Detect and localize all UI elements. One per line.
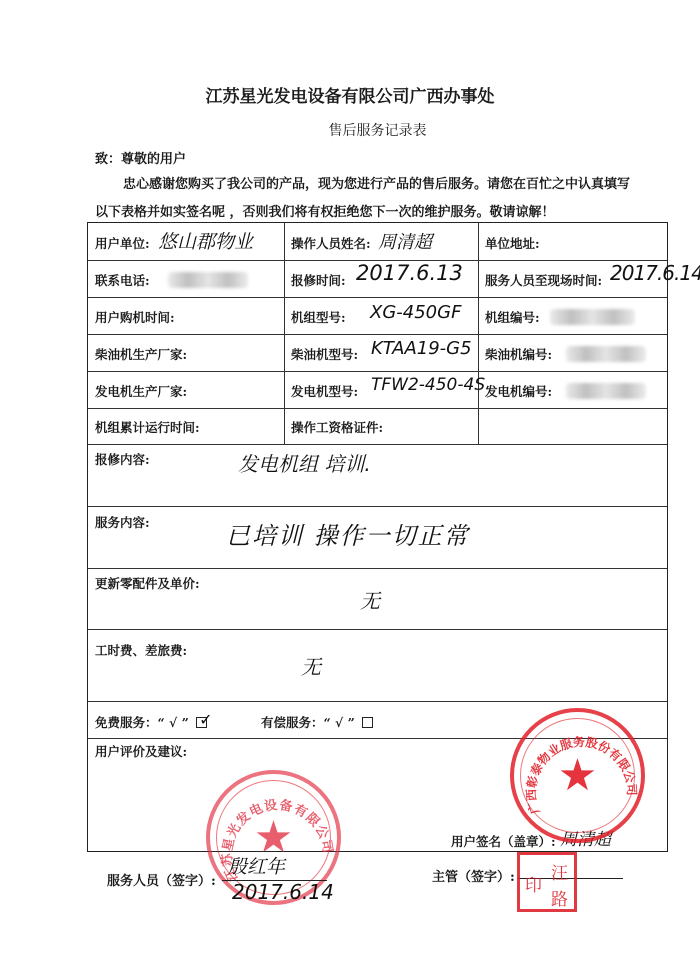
seal-char: 印 bbox=[525, 871, 542, 896]
user-unit-label: 用户单位: bbox=[95, 234, 150, 252]
paid-service-label: 有偿服务：“ √ ” bbox=[261, 715, 355, 730]
greeting: 致：尊敬的用户 bbox=[95, 148, 186, 167]
staff-sign-date: 2017.6.14 bbox=[232, 880, 334, 904]
seal-char: 路 bbox=[551, 885, 568, 910]
service-content-value[interactable]: 已培训 操作一切正常 bbox=[226, 516, 470, 551]
generator-model-label: 发电机型号: bbox=[291, 382, 358, 400]
repair-time-label: 报修时间: bbox=[291, 271, 346, 289]
unit-model-label: 机组型号: bbox=[291, 308, 346, 326]
arrival-time-value[interactable]: 2017.6.14 bbox=[610, 261, 700, 285]
diesel-model-label: 柴油机型号: bbox=[291, 345, 358, 363]
seal-text: 广西彰泰物业服务股份有限公司 bbox=[514, 712, 649, 847]
diesel-model-value[interactable]: KTAA19-G5 bbox=[371, 338, 472, 359]
purchase-time-label: 用户购机时间: bbox=[95, 308, 175, 326]
supervisor-sign-label: 主管（签字）: bbox=[432, 866, 515, 885]
row-divider bbox=[88, 371, 667, 372]
operator-cert-label: 操作工资格证件: bbox=[291, 418, 383, 436]
row-divider bbox=[88, 408, 667, 409]
arrival-time-label: 服务人员至现场时间: bbox=[485, 271, 602, 289]
free-service-label: 免费服务：“ √ ” bbox=[95, 715, 189, 730]
staff-signature[interactable]: 殷红年 bbox=[228, 852, 285, 879]
fees-label: 工时费、差旅费: bbox=[95, 641, 187, 659]
redacted-generator-serial bbox=[566, 383, 646, 399]
unit-serial-label: 机组编号: bbox=[485, 308, 540, 326]
unit-model-value[interactable]: XG-450GF bbox=[370, 302, 461, 323]
supervisor-seal: 汪 路 印 bbox=[517, 852, 577, 912]
seal-char: 汪 bbox=[551, 859, 568, 884]
run-hours-label: 机组累计运行时间: bbox=[95, 418, 200, 436]
paid-service-option[interactable]: 有偿服务：“ √ ” bbox=[261, 713, 373, 731]
staff-sign-label: 服务人员（签字）: bbox=[107, 870, 216, 889]
checkmark-icon: ✓ bbox=[199, 710, 212, 729]
parts-label: 更新零配件及单价: bbox=[95, 574, 200, 592]
operator-name-value[interactable]: 周清超 bbox=[378, 228, 432, 254]
operator-name-label: 操作人员姓名: bbox=[291, 234, 371, 252]
feedback-label: 用户评价及建议: bbox=[95, 742, 187, 760]
row-divider bbox=[88, 629, 667, 630]
svg-text:广西彰泰物业服务股份有限公司: 广西彰泰物业服务股份有限公司 bbox=[523, 734, 638, 816]
service-content-label: 服务内容: bbox=[95, 513, 150, 531]
row-divider bbox=[88, 444, 667, 445]
row-divider bbox=[88, 506, 667, 507]
repair-time-value[interactable]: 2017.6.13 bbox=[356, 261, 463, 285]
generator-model-value[interactable]: TFW2-450-4S bbox=[371, 375, 485, 395]
company-title: 江苏星光发电设备有限公司广西办事处 bbox=[0, 82, 700, 107]
row-divider bbox=[88, 297, 667, 298]
diesel-serial-label: 柴油机编号: bbox=[485, 345, 552, 363]
user-unit-value[interactable]: 悠山郡物业 bbox=[158, 227, 253, 254]
redacted-phone bbox=[168, 272, 248, 288]
redacted-unit-serial bbox=[550, 309, 635, 325]
diesel-maker-label: 柴油机生产厂家: bbox=[95, 345, 187, 363]
paid-service-checkbox[interactable] bbox=[362, 717, 373, 728]
row-divider bbox=[88, 568, 667, 569]
parts-value[interactable]: 无 bbox=[360, 585, 380, 614]
redacted-diesel-serial bbox=[566, 346, 646, 362]
fees-value[interactable]: 无 bbox=[301, 651, 321, 680]
intro-line-2: 以下表格并如实签名呢 ，否则我们将有权拒绝您下一次的维护服务。敬请谅解！ bbox=[95, 201, 555, 220]
repair-content-value[interactable]: 发电机组 培训. bbox=[238, 448, 371, 477]
generator-maker-label: 发电机生产厂家: bbox=[95, 382, 187, 400]
repair-content-label: 报修内容: bbox=[95, 450, 150, 468]
free-service-option[interactable]: 免费服务：“ √ ” ✓ bbox=[95, 713, 207, 731]
generator-serial-label: 发电机编号: bbox=[485, 382, 552, 400]
row-divider bbox=[88, 334, 667, 335]
form-title: 售后服务记录表 bbox=[0, 120, 700, 140]
col-divider bbox=[284, 223, 285, 444]
intro-line-1: 忠心感谢您购买了我公司的产品，现为您进行产品的售后服务。请您在百忙之中认真填写 bbox=[123, 173, 630, 192]
free-service-checkbox[interactable]: ✓ bbox=[196, 717, 207, 728]
contact-phone-label: 联系电话: bbox=[95, 271, 150, 289]
col-divider bbox=[478, 223, 479, 444]
client-seal: ★ 广西彰泰物业服务股份有限公司 bbox=[510, 708, 645, 843]
row-divider bbox=[88, 701, 667, 702]
unit-address-label: 单位地址: bbox=[485, 234, 540, 252]
